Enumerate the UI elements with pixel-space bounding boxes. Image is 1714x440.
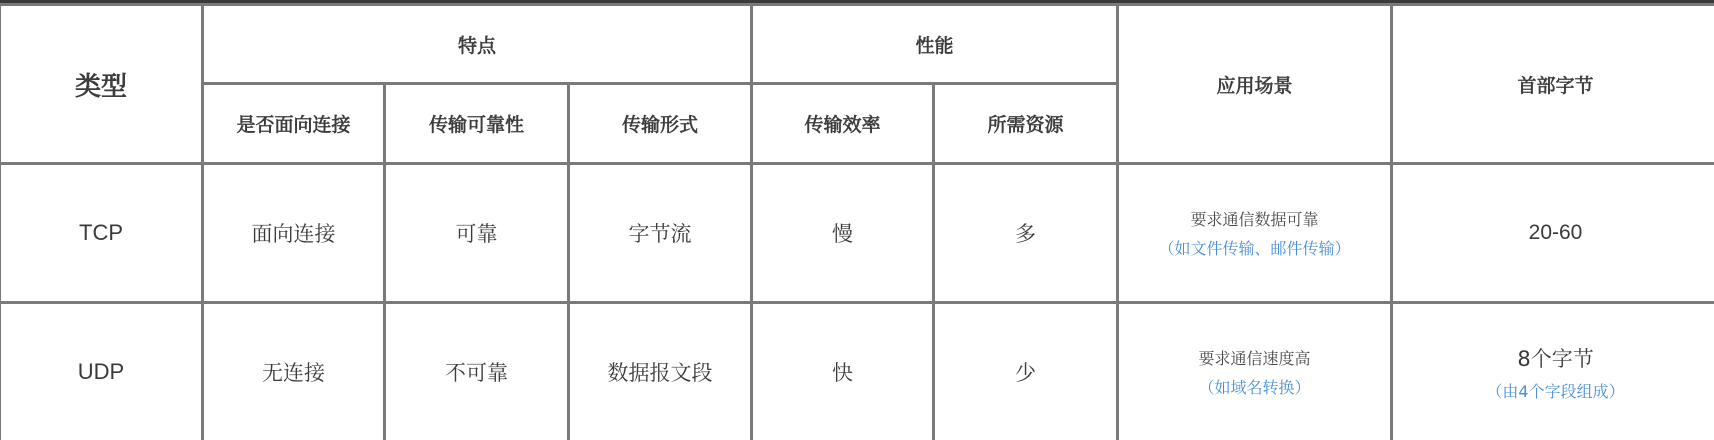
header-resources: 所需资源 — [934, 84, 1118, 164]
cell-efficiency: 慢 — [752, 164, 934, 303]
cell-type: TCP — [0, 164, 203, 303]
scenario-text: 要求通信数据可靠 — [1119, 207, 1390, 230]
cell-form: 数据报文段 — [569, 303, 752, 440]
scenario-note: （如域名转换） — [1119, 375, 1390, 398]
table-row-tcp: TCP 面向连接 可靠 字节流 慢 多 要求通信数据可靠 （如文件传输、邮件传输… — [0, 164, 1714, 303]
scenario-note: （如文件传输、邮件传输） — [1119, 236, 1390, 259]
table-row-udp: UDP 无连接 不可靠 数据报文段 快 少 要求通信速度高 （如域名转换） 8个… — [0, 303, 1714, 440]
cell-scenario: 要求通信速度高 （如域名转换） — [1118, 303, 1392, 440]
cell-resources: 多 — [934, 164, 1118, 303]
header-reliability: 传输可靠性 — [385, 84, 569, 164]
cell-form: 字节流 — [569, 164, 752, 303]
cell-scenario: 要求通信数据可靠 （如文件传输、邮件传输） — [1118, 164, 1392, 303]
header-performance-group: 性能 — [752, 5, 1118, 84]
header-bytes-text: 8个字节 — [1393, 343, 1714, 373]
header-features-group: 特点 — [203, 5, 752, 84]
header-header-bytes: 首部字节 — [1392, 5, 1714, 164]
cell-reliability: 不可靠 — [385, 303, 569, 440]
header-bytes-text: 20-60 — [1393, 221, 1714, 245]
header-bytes-note: （由4个字段组成） — [1393, 379, 1714, 402]
cell-resources: 少 — [934, 303, 1118, 440]
cell-reliability: 可靠 — [385, 164, 569, 303]
header-type: 类型 — [0, 5, 203, 164]
header-scenario: 应用场景 — [1118, 5, 1392, 164]
cell-connection: 面向连接 — [203, 164, 385, 303]
cell-connection: 无连接 — [203, 303, 385, 440]
header-form: 传输形式 — [569, 84, 752, 164]
cell-header-bytes: 8个字节 （由4个字段组成） — [1392, 303, 1714, 440]
tcp-udp-comparison-table: 类型 特点 性能 应用场景 首部字节 是否面向连接 传输可靠性 传输形式 传输效… — [0, 3, 1714, 440]
cell-efficiency: 快 — [752, 303, 934, 440]
cell-type: UDP — [0, 303, 203, 440]
header-efficiency: 传输效率 — [752, 84, 934, 164]
cell-header-bytes: 20-60 — [1392, 164, 1714, 303]
header-connection-oriented: 是否面向连接 — [203, 84, 385, 164]
scenario-text: 要求通信速度高 — [1119, 346, 1390, 369]
header-row-1: 类型 特点 性能 应用场景 首部字节 — [0, 5, 1714, 84]
